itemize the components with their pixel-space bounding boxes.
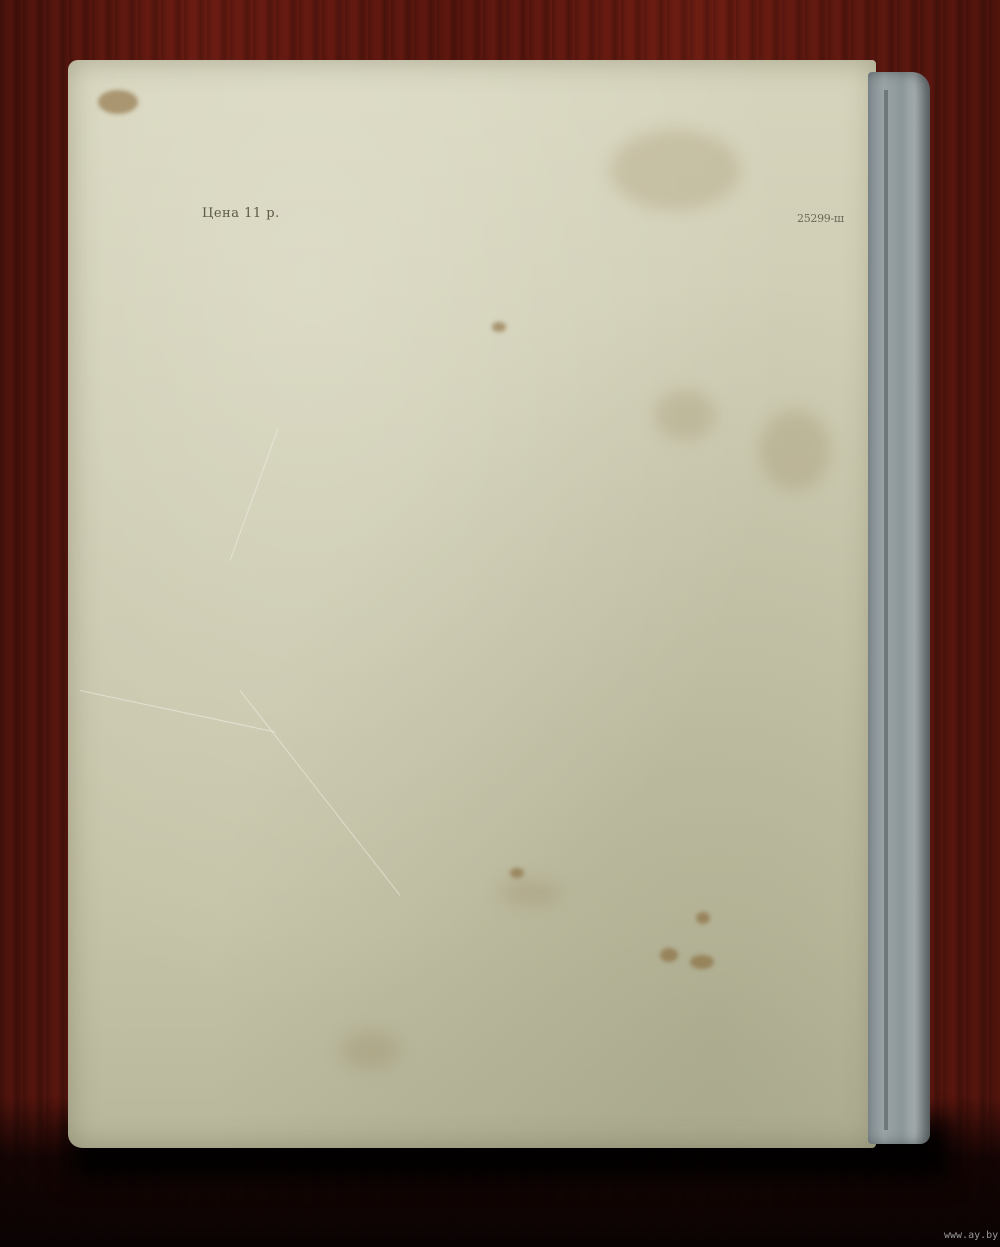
stain-cluster-1	[510, 868, 524, 878]
stain-upper-right	[610, 130, 740, 210]
watermark: www.ay.by	[944, 1230, 998, 1241]
stain-cluster-3	[660, 948, 678, 962]
stain-right-mid	[760, 410, 830, 490]
book-back-cover	[68, 60, 876, 1148]
stain-cluster-5	[696, 912, 710, 924]
stain-cluster-4	[690, 955, 714, 969]
stain-bottom-left	[340, 1030, 400, 1070]
cloth-spine	[868, 72, 930, 1144]
stain-center-right	[655, 390, 715, 440]
print-code: 25299-ш	[797, 212, 844, 225]
stain-top-left	[98, 90, 138, 114]
spine-hinge	[884, 90, 888, 1130]
price-label: Цена 11 р.	[202, 206, 280, 221]
stain-cluster-2	[500, 880, 560, 906]
stain-speck-center	[492, 322, 506, 332]
